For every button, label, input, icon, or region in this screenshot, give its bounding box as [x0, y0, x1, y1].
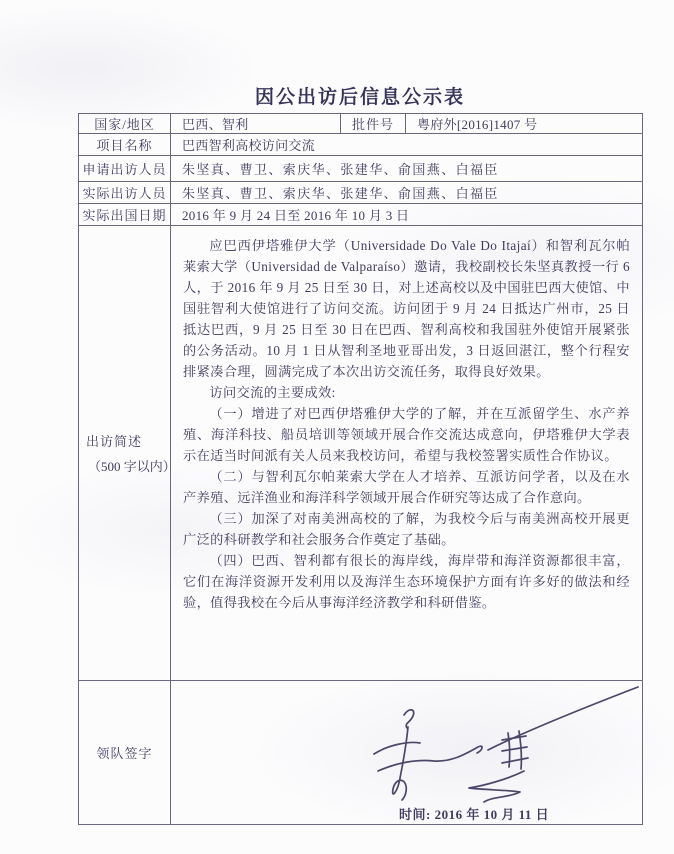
row-actual-members: 实际出访人员 朱坚真、曹卫、索庆华、张建华、俞国燕、白福臣: [79, 182, 643, 204]
row-trip-summary: 出访简述 （500 字以内） 应巴西伊塔雅伊大学（Universidade Do…: [79, 226, 643, 681]
row-project: 项目名称 巴西智利高校访问交流: [79, 134, 643, 156]
actual-members-label: 实际出访人员: [79, 182, 171, 204]
actual-members-value: 朱坚真、曹卫、索庆华、张建华、俞国燕、白福臣: [171, 182, 643, 204]
row-trip-dates: 实际出国日期 2016 年 9 月 24 日至 2016 年 10 月 3 日: [79, 204, 643, 226]
trip-summary-label-line2: （500 字以内）: [79, 456, 170, 475]
project-value: 巴西智利高校访问交流: [171, 134, 643, 156]
row-leader-signature: 领队签字 时间: 2016 年 10 月 11 日: [79, 681, 643, 825]
applied-members-label: 申请出访人员: [79, 156, 171, 182]
batch-number-value: 粤府外[2016]1407 号: [406, 114, 643, 134]
country-label: 国家/地区: [79, 114, 171, 134]
trip-summary-label-line1: 出访简述: [79, 431, 170, 450]
signature-handwriting-icon: [356, 683, 641, 803]
applied-members-value: 朱坚真、曹卫、索庆华、张建华、俞国燕、白福臣: [171, 156, 643, 182]
country-value: 巴西、智利: [171, 114, 341, 134]
leader-signature-cell: 时间: 2016 年 10 月 11 日: [171, 681, 643, 825]
signature-date: 时间: 2016 年 10 月 11 日: [399, 804, 549, 823]
project-label: 项目名称: [79, 134, 171, 156]
trip-summary-label: 出访简述 （500 字以内）: [79, 226, 171, 681]
publicity-form-table: 国家/地区 巴西、智利 批件号 粤府外[2016]1407 号 项目名称 巴西智…: [78, 113, 643, 825]
row-applied-members: 申请出访人员 朱坚真、曹卫、索庆华、张建华、俞国燕、白福臣: [79, 156, 643, 182]
row-country: 国家/地区 巴西、智利 批件号 粤府外[2016]1407 号: [79, 114, 643, 134]
leader-signature-label: 领队签字: [79, 681, 171, 825]
trip-summary-text: 应巴西伊塔雅伊大学（Universidade Do Vale Do Itajaí…: [171, 226, 643, 681]
page-title: 因公出访后信息公示表: [78, 82, 642, 109]
trip-dates-value: 2016 年 9 月 24 日至 2016 年 10 月 3 日: [171, 204, 643, 226]
trip-dates-label: 实际出国日期: [79, 204, 171, 226]
batch-number-label: 批件号: [341, 114, 406, 134]
